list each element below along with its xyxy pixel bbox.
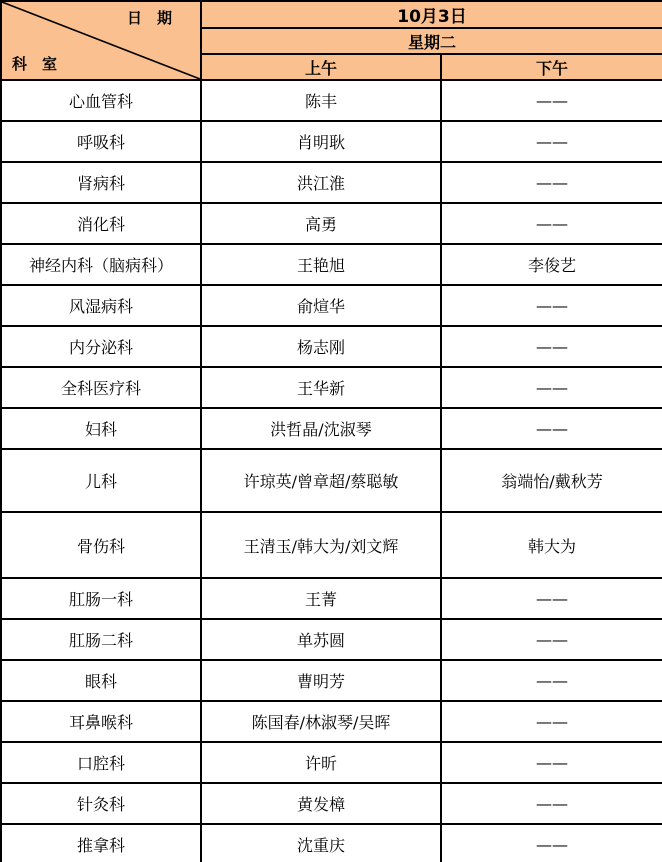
table-row: 肾病科 洪江淮 —— bbox=[1, 162, 662, 203]
am-cell: 曹明芳 bbox=[201, 660, 441, 701]
pm-cell: —— bbox=[441, 162, 662, 203]
pm-cell: —— bbox=[441, 326, 662, 367]
table-row: 肛肠二科 单苏圆 —— bbox=[1, 619, 662, 660]
weekday-header: 星期二 bbox=[201, 28, 662, 54]
table-row: 风湿病科 俞煊华 —— bbox=[1, 285, 662, 326]
table-row: 心血管科 陈丰 —— bbox=[1, 80, 662, 121]
am-cell: 洪哲晶/沈淑琴 bbox=[201, 408, 441, 449]
pm-cell: —— bbox=[441, 80, 662, 121]
dept-cell: 推拿科 bbox=[1, 824, 201, 862]
pm-cell: —— bbox=[441, 285, 662, 326]
date-header: 10月3日 bbox=[201, 1, 662, 28]
header-row-date: 日 期 科 室 10月3日 bbox=[1, 1, 662, 28]
pm-cell: —— bbox=[441, 367, 662, 408]
dept-cell: 针灸科 bbox=[1, 783, 201, 824]
am-cell: 王华新 bbox=[201, 367, 441, 408]
pm-cell: —— bbox=[441, 660, 662, 701]
pm-cell: —— bbox=[441, 824, 662, 862]
am-cell: 许昕 bbox=[201, 742, 441, 783]
pm-cell: —— bbox=[441, 742, 662, 783]
table-header: 日 期 科 室 10月3日 星期二 上午 下午 bbox=[1, 1, 662, 80]
dept-cell: 肛肠一科 bbox=[1, 578, 201, 619]
am-cell: 陈丰 bbox=[201, 80, 441, 121]
dept-cell: 呼吸科 bbox=[1, 121, 201, 162]
table-row: 儿科 许琼英/曾章超/蔡聪敏 翁端怡/戴秋芳 bbox=[1, 449, 662, 512]
table-row: 神经内科（脑病科） 王艳旭 李俊艺 bbox=[1, 244, 662, 285]
pm-cell: —— bbox=[441, 578, 662, 619]
am-cell: 洪江淮 bbox=[201, 162, 441, 203]
dept-cell: 心血管科 bbox=[1, 80, 201, 121]
dept-cell: 肾病科 bbox=[1, 162, 201, 203]
table-row: 妇科 洪哲晶/沈淑琴 —— bbox=[1, 408, 662, 449]
dept-cell: 口腔科 bbox=[1, 742, 201, 783]
afternoon-header: 下午 bbox=[441, 54, 662, 80]
dept-cell: 肛肠二科 bbox=[1, 619, 201, 660]
table-row: 耳鼻喉科 陈国春/林淑琴/吴晖 —— bbox=[1, 701, 662, 742]
schedule-table: 日 期 科 室 10月3日 星期二 上午 下午 心血管科 陈丰 —— 呼吸科 肖… bbox=[0, 0, 662, 862]
am-cell: 黄发樟 bbox=[201, 783, 441, 824]
pm-cell: —— bbox=[441, 203, 662, 244]
table-row: 消化科 高勇 —— bbox=[1, 203, 662, 244]
am-cell: 单苏圆 bbox=[201, 619, 441, 660]
dept-cell: 耳鼻喉科 bbox=[1, 701, 201, 742]
dept-cell: 儿科 bbox=[1, 449, 201, 512]
am-cell: 杨志刚 bbox=[201, 326, 441, 367]
corner-date-label: 日 期 bbox=[127, 7, 172, 28]
pm-cell: 李俊艺 bbox=[441, 244, 662, 285]
dept-cell: 神经内科（脑病科） bbox=[1, 244, 201, 285]
dept-cell: 妇科 bbox=[1, 408, 201, 449]
am-cell: 王清玉/韩大为/刘文辉 bbox=[201, 512, 441, 578]
table-row: 呼吸科 肖明耿 —— bbox=[1, 121, 662, 162]
morning-header: 上午 bbox=[201, 54, 441, 80]
table-row: 眼科 曹明芳 —— bbox=[1, 660, 662, 701]
am-cell: 肖明耿 bbox=[201, 121, 441, 162]
dept-cell: 骨伤科 bbox=[1, 512, 201, 578]
dept-cell: 内分泌科 bbox=[1, 326, 201, 367]
corner-cell: 日 期 科 室 bbox=[1, 1, 201, 80]
am-cell: 陈国春/林淑琴/吴晖 bbox=[201, 701, 441, 742]
am-cell: 许琼英/曾章超/蔡聪敏 bbox=[201, 449, 441, 512]
dept-cell: 全科医疗科 bbox=[1, 367, 201, 408]
table-body: 心血管科 陈丰 —— 呼吸科 肖明耿 —— 肾病科 洪江淮 —— 消化科 高勇 … bbox=[1, 80, 662, 862]
am-cell: 王菁 bbox=[201, 578, 441, 619]
table-row: 全科医疗科 王华新 —— bbox=[1, 367, 662, 408]
table-row: 肛肠一科 王菁 —— bbox=[1, 578, 662, 619]
dept-cell: 消化科 bbox=[1, 203, 201, 244]
am-cell: 俞煊华 bbox=[201, 285, 441, 326]
pm-cell: —— bbox=[441, 783, 662, 824]
pm-cell: —— bbox=[441, 619, 662, 660]
table-row: 骨伤科 王清玉/韩大为/刘文辉 韩大为 bbox=[1, 512, 662, 578]
am-cell: 高勇 bbox=[201, 203, 441, 244]
pm-cell: —— bbox=[441, 701, 662, 742]
pm-cell: 韩大为 bbox=[441, 512, 662, 578]
am-cell: 王艳旭 bbox=[201, 244, 441, 285]
pm-cell: —— bbox=[441, 121, 662, 162]
pm-cell: 翁端怡/戴秋芳 bbox=[441, 449, 662, 512]
table-row: 针灸科 黄发樟 —— bbox=[1, 783, 662, 824]
table-row: 推拿科 沈重庆 —— bbox=[1, 824, 662, 862]
dept-cell: 眼科 bbox=[1, 660, 201, 701]
am-cell: 沈重庆 bbox=[201, 824, 441, 862]
table-row: 口腔科 许昕 —— bbox=[1, 742, 662, 783]
table-row: 内分泌科 杨志刚 —— bbox=[1, 326, 662, 367]
corner-dept-label: 科 室 bbox=[12, 53, 57, 74]
dept-cell: 风湿病科 bbox=[1, 285, 201, 326]
pm-cell: —— bbox=[441, 408, 662, 449]
